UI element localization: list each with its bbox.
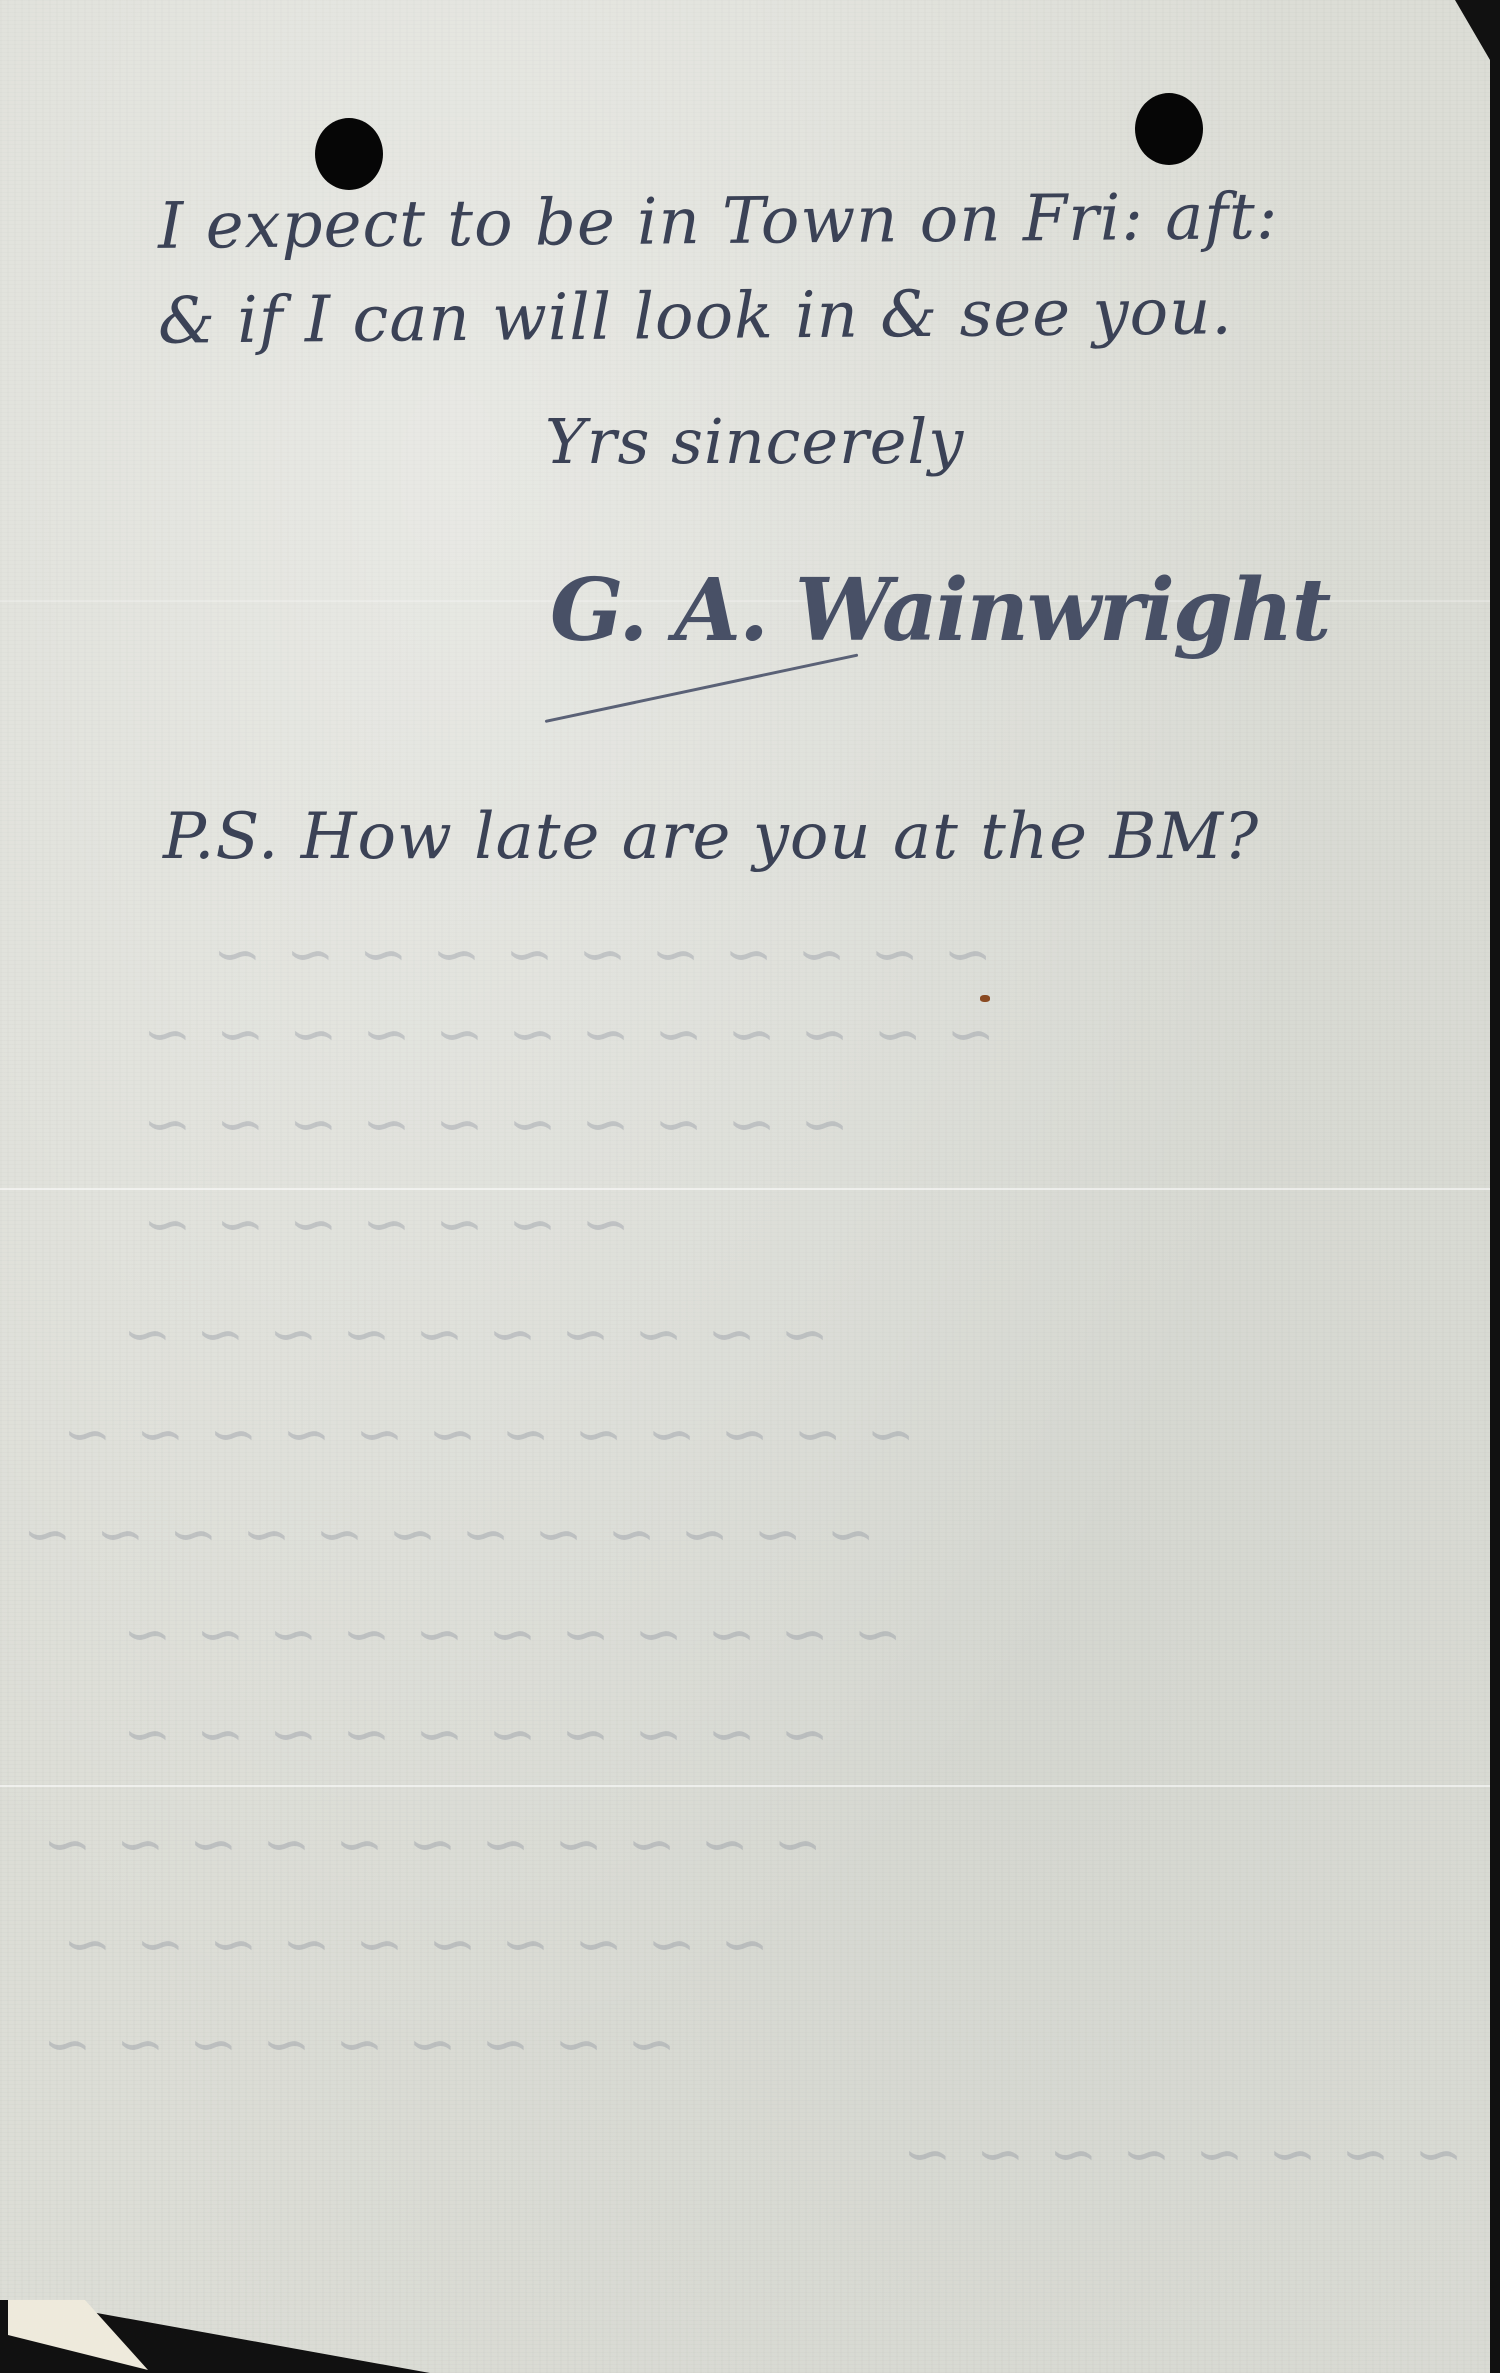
bleed-through-line: ~ ~ ~ ~ ~ ~ ~ ~ ~ ~ <box>140 1090 849 1158</box>
postscript: P.S. How late are you at the BM? <box>163 800 1259 874</box>
bleed-through-line: ~ ~ ~ ~ ~ ~ ~ ~ ~ ~ ~ ~ <box>20 1500 875 1568</box>
letter-line-2: & if I can will look in & see you. <box>158 275 1233 358</box>
bleed-through-line: ~ ~ ~ ~ ~ ~ ~ ~ ~ ~ ~ <box>40 1810 822 1878</box>
punch-hole-left <box>315 118 383 190</box>
punch-hole-right <box>1135 93 1203 165</box>
bleed-through-line: ~ ~ ~ ~ ~ ~ ~ <box>140 1190 630 1258</box>
bleed-through-line: ~ ~ ~ ~ ~ ~ ~ ~ ~ ~ ~ <box>120 1600 902 1668</box>
fold-crease-lower <box>0 1785 1490 1787</box>
signature-underline-stroke <box>545 654 859 723</box>
bleed-through-line: ~ ~ ~ ~ ~ ~ ~ ~ ~ ~ ~ ~ <box>60 1400 915 1468</box>
bleed-through-line: ~ ~ ~ ~ ~ ~ ~ ~ ~ ~ <box>900 2120 1500 2188</box>
bleed-through-line: ~ ~ ~ ~ ~ ~ ~ ~ ~ ~ <box>120 1700 829 1768</box>
bleed-through-line: ~ ~ ~ ~ ~ ~ ~ ~ ~ ~ <box>120 1300 829 1368</box>
ink-spot <box>980 995 990 1002</box>
letter-page: ~ ~ ~ ~ ~ ~ ~ ~ ~ ~ ~ ~ ~ ~ ~ ~ ~ ~ ~ ~ … <box>0 0 1500 2373</box>
bleed-through-line: ~ ~ ~ ~ ~ ~ ~ ~ ~ ~ ~ ~ <box>140 1000 995 1068</box>
bleed-through-line: ~ ~ ~ ~ ~ ~ ~ ~ ~ ~ <box>60 1910 769 1978</box>
bleed-through-line: ~ ~ ~ ~ ~ ~ ~ ~ ~ <box>40 2010 676 2078</box>
signature: G. A. Wainwright <box>550 560 1329 661</box>
letter-closing: Yrs sincerely <box>545 405 964 478</box>
bleed-through-line: ~ ~ ~ ~ ~ ~ ~ ~ ~ ~ ~ <box>210 920 992 988</box>
letter-line-1: I expect to be in Town on Fri: aft: <box>158 180 1279 264</box>
